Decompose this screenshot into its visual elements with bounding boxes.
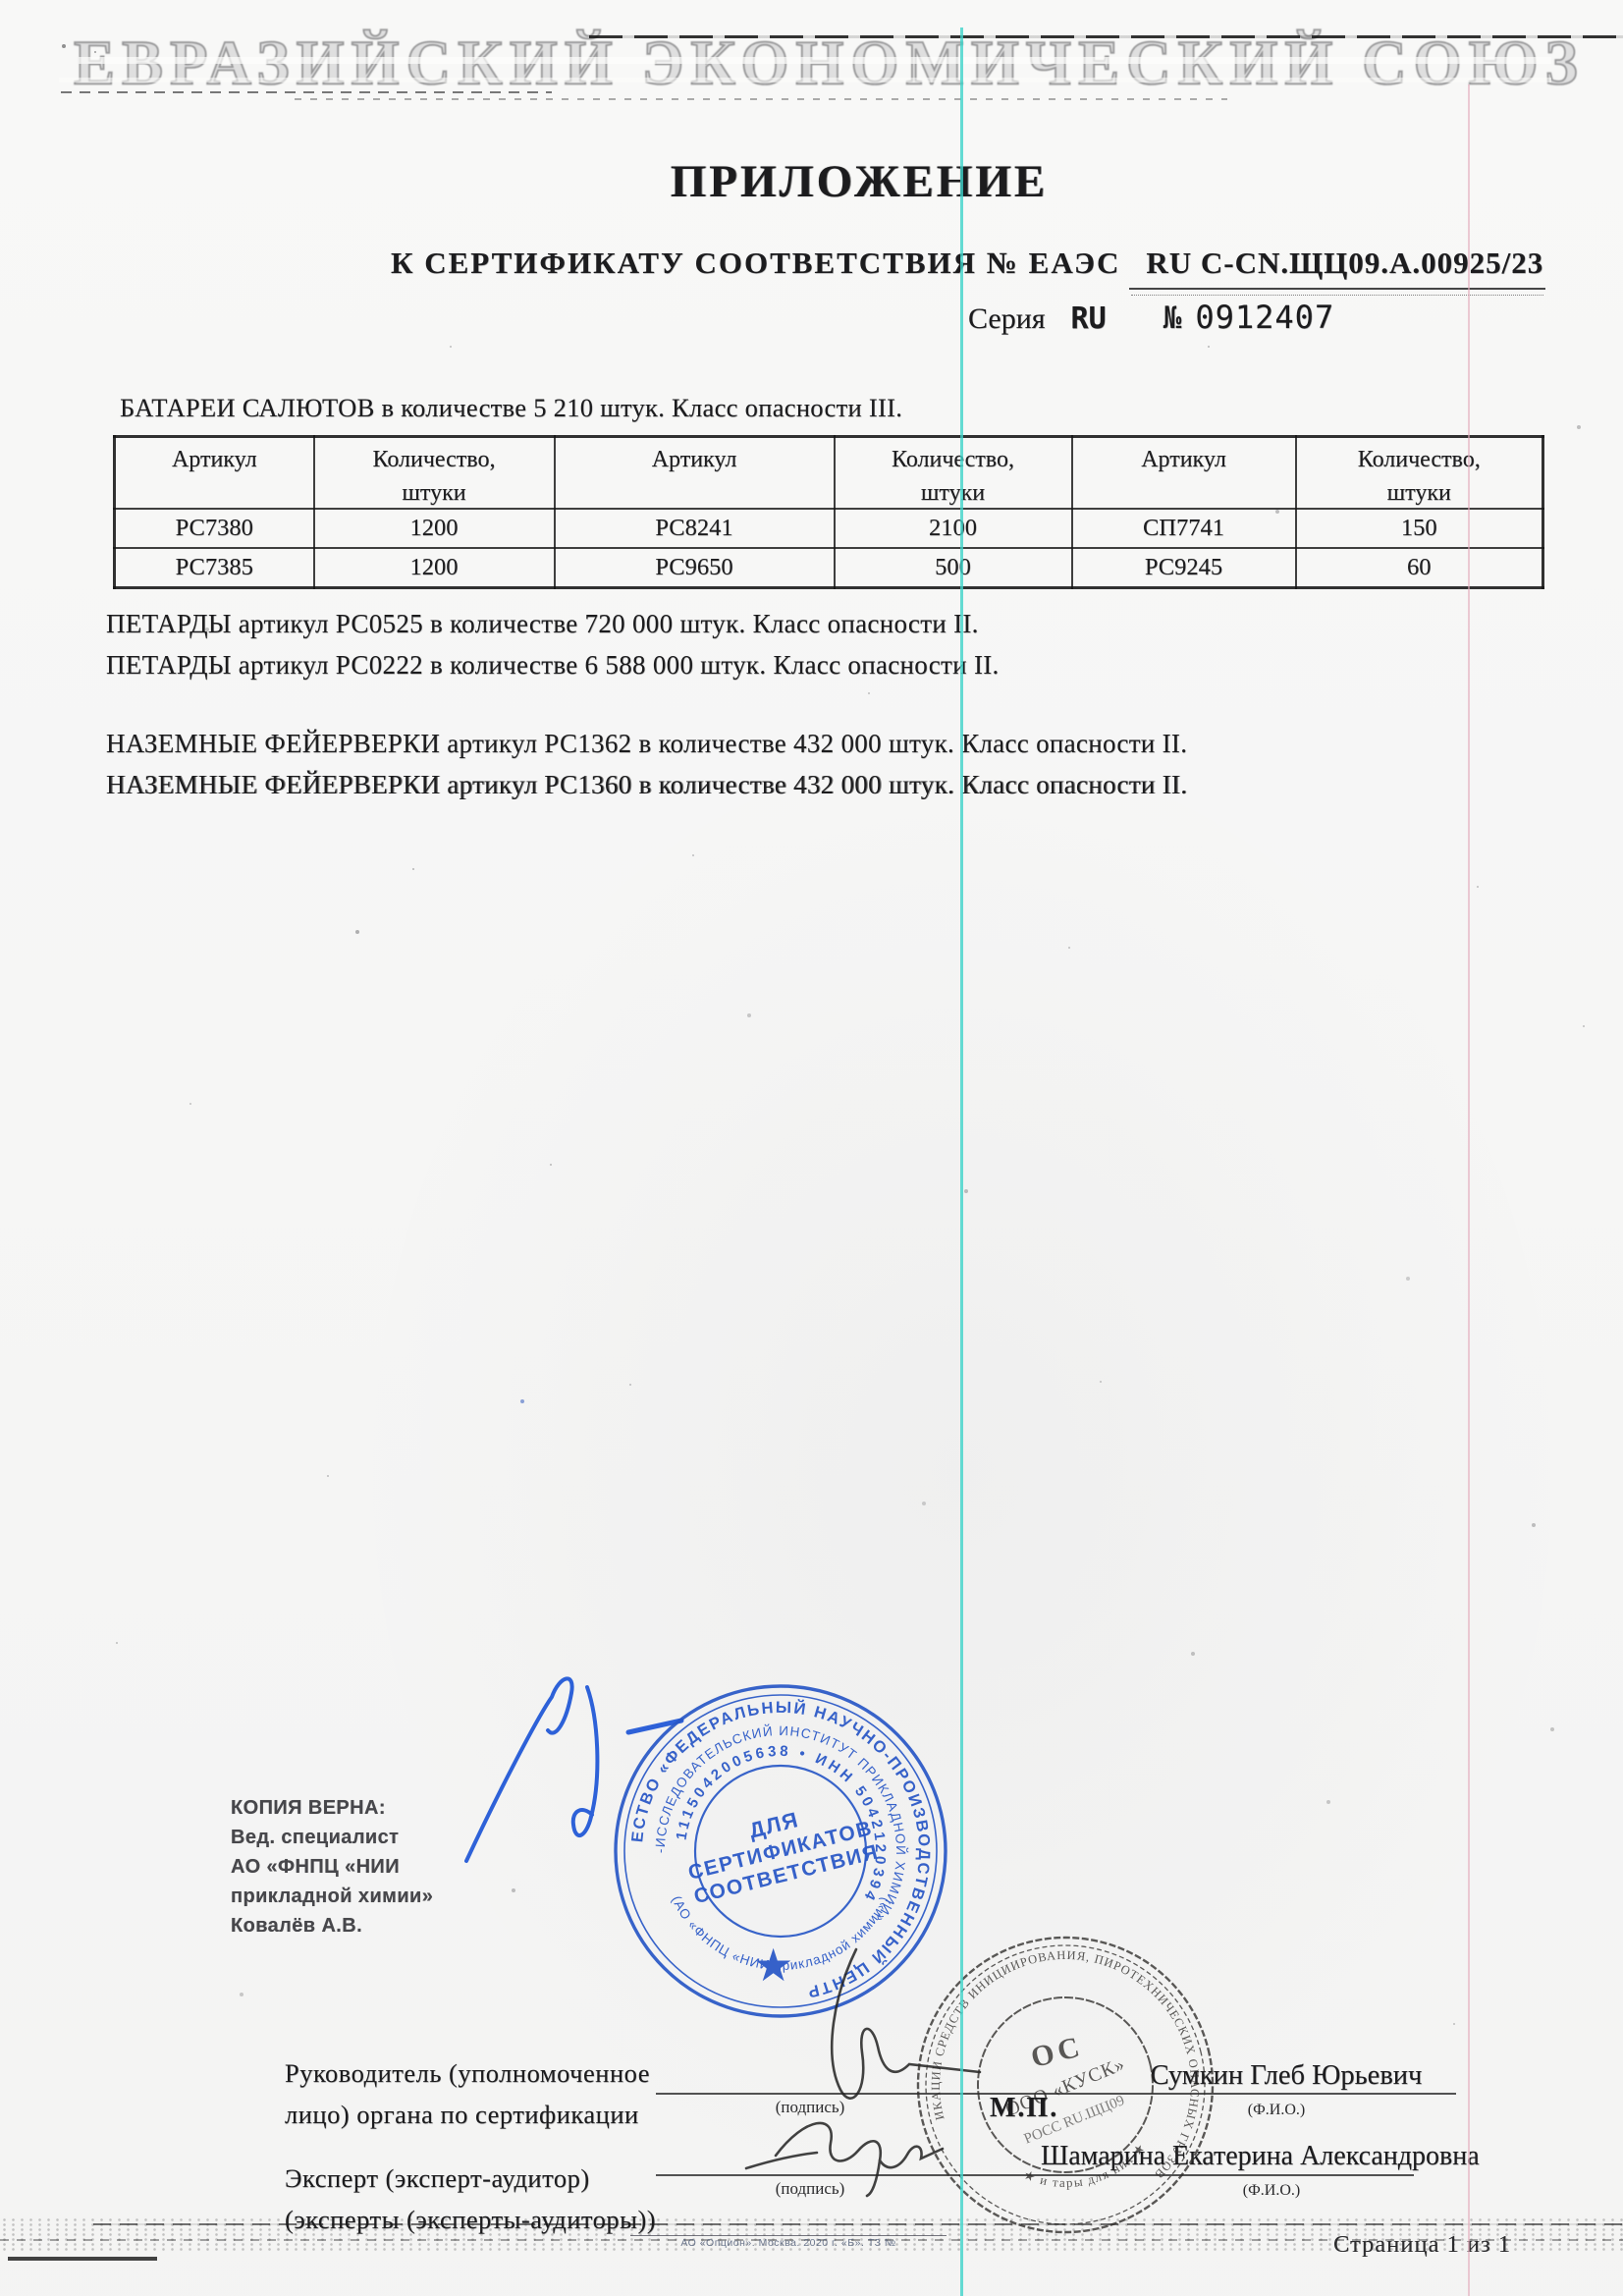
- table-header-row: Артикул Количество,штуки Артикул Количес…: [115, 437, 1543, 510]
- bottom-left-mark: [8, 2257, 157, 2261]
- black-stamp-center-line1: ОС: [1028, 2030, 1087, 2074]
- mp-placeholder: М.П.: [990, 2093, 1058, 2124]
- table-cell: 1200: [314, 509, 555, 548]
- certificate-number: RU C-CN.ЩЦ09.А.00925/23: [1146, 246, 1543, 280]
- table-cell: 1200: [314, 548, 555, 587]
- table-cell: РС7385: [115, 548, 314, 587]
- product-line-ground-fireworks-2: НАЗЕМНЫЕ ФЕЙЕРВЕРКИ артикул РС1360 в кол…: [106, 770, 1187, 800]
- scan-streak-left: [61, 91, 552, 93]
- black-round-stamp: ОРГАН ПО СЕРТИФИКАЦИИ СРЕДСТВ ИНИЦИИРОВА…: [913, 1933, 1217, 2237]
- scan-streak-top: [589, 35, 1623, 38]
- table-row: РС7385 1200 РС9650 500 РС9245 60: [115, 548, 1543, 587]
- table-cell: 2100: [835, 509, 1072, 548]
- certificate-line: К СЕРТИФИКАТУ СООТВЕТСТВИЯ № ЕАЭСRU C-CN…: [391, 246, 1543, 281]
- certificate-annex-page: ЕВРАЗИЙСКИЙ ЭКОНОМИЧЕСКИЙ СОЮЗ ПРИЛОЖЕНИ…: [0, 0, 1623, 2296]
- series-label: Серия: [968, 302, 1046, 336]
- scan-artifact-cyan-line: [960, 27, 963, 2296]
- table-row: РС7380 1200 РС8241 2100 СП7741 150: [115, 509, 1543, 548]
- header-article-2: Артикул: [555, 437, 835, 510]
- page-number-label: Страница 1 из 1: [1333, 2231, 1511, 2259]
- table-cell: РС8241: [555, 509, 835, 548]
- ghost-whiteout-1: [79, 57, 1551, 64]
- table-cell: РС9650: [555, 548, 835, 587]
- page-title: ПРИЛОЖЕНИЕ: [584, 155, 1134, 208]
- table-cell: 60: [1296, 548, 1543, 587]
- certificate-number-underline-dotted: [1131, 295, 1543, 296]
- copy-note-line: Ковалёв А.В.: [231, 1911, 433, 1941]
- copy-note-line: Вед. специалист: [231, 1823, 433, 1852]
- table-cell: 150: [1296, 509, 1543, 548]
- articles-table: Артикул Количество,штуки Артикул Количес…: [113, 435, 1544, 589]
- number-sign: №: [1163, 301, 1182, 336]
- role-head-line1: Руководитель (уполномоченное: [285, 2058, 650, 2089]
- certificate-number-underline: [1129, 288, 1545, 290]
- header-article-1: Артикул: [115, 437, 314, 510]
- table-cell: РС9245: [1072, 548, 1296, 587]
- scan-streak-mid: [295, 98, 1227, 100]
- copy-note-line: КОПИЯ ВЕРНА:: [231, 1793, 433, 1823]
- header-qty-3: Количество,штуки: [1296, 437, 1543, 510]
- table-cell: 500: [835, 548, 1072, 587]
- ghost-whiteout-2: [59, 78, 1551, 82]
- header-article-3: Артикул: [1072, 437, 1296, 510]
- header-qty-1: Количество,штуки: [314, 437, 555, 510]
- certificate-label: К СЕРТИФИКАТУ СООТВЕТСТВИЯ № ЕАЭС: [391, 246, 1120, 280]
- table-cell: РС7380: [115, 509, 314, 548]
- batteries-line: БАТАРЕИ САЛЮТОВ в количестве 5 210 штук.…: [120, 393, 902, 423]
- paper-noise-specks: [0, 0, 2, 2]
- series-line: Серия RU № 0912407: [968, 299, 1334, 336]
- blank-microprint: АО «Опцион». Москва. 2020 г. «Б». ТЗ №: [630, 2235, 947, 2249]
- fio-caption-1: (Ф.И.О.): [1217, 2102, 1335, 2119]
- copy-note: КОПИЯ ВЕРНА: Вед. специалист АО «ФНПЦ «Н…: [231, 1793, 433, 1941]
- product-line-petards-1: ПЕТАРДЫ артикул РС0525 в количестве 720 …: [106, 609, 979, 639]
- blank-number: 0912407: [1195, 299, 1334, 336]
- scan-artifact-pink-line: [1468, 84, 1470, 2296]
- series-value: RU: [1071, 301, 1107, 336]
- product-line-petards-2: ПЕТАРДЫ артикул РС0222 в количестве 6 58…: [106, 650, 1000, 681]
- copy-note-line: прикладной химии»: [231, 1882, 433, 1911]
- copy-note-line: АО «ФНПЦ «НИИ: [231, 1852, 433, 1882]
- table-cell: СП7741: [1072, 509, 1296, 548]
- role-expert-line1: Эксперт (эксперт-аудитор): [285, 2163, 590, 2194]
- product-line-ground-fireworks-1: НАЗЕМНЫЕ ФЕЙЕРВЕРКИ артикул РС1362 в кол…: [106, 729, 1187, 759]
- fio-caption-2: (Ф.И.О.): [1213, 2182, 1330, 2200]
- role-head-line2: лицо) органа по сертификации: [285, 2100, 639, 2130]
- header-qty-2: Количество,штуки: [835, 437, 1072, 510]
